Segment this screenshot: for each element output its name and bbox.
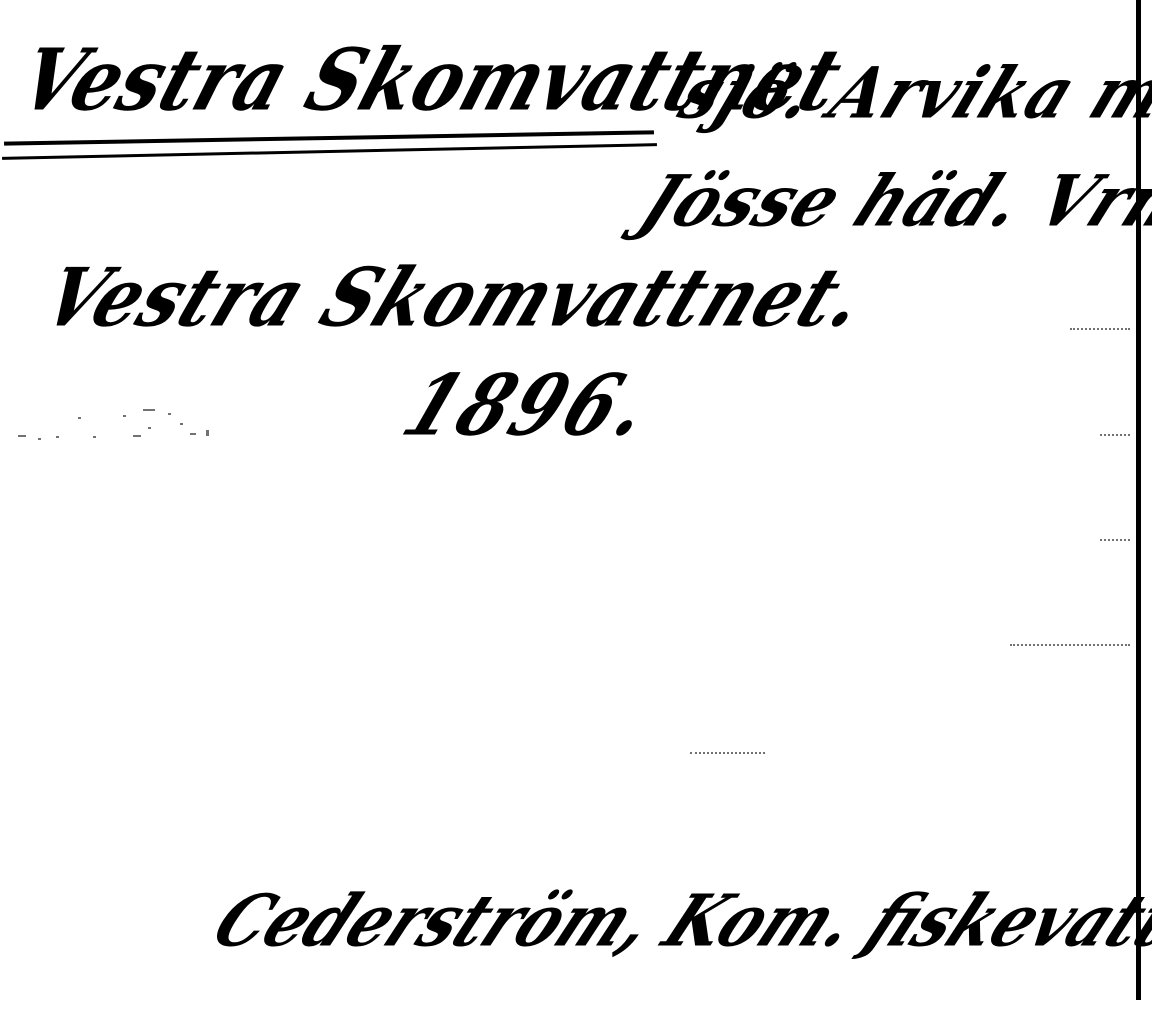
year: 1896. <box>390 355 669 455</box>
heading-suffix: sjö. Arvika m. <box>668 53 1152 136</box>
faded-stamp-remnant <box>8 405 213 445</box>
faint-dot-row <box>1010 644 1130 648</box>
archive-card: Vestra Skomvattnet sjö. Arvika m. Jösse … <box>0 0 1152 1011</box>
lake-name-line: Vestra Skomvattnet. <box>30 250 881 345</box>
heading-underline-lower <box>2 143 657 160</box>
faint-dot-row <box>1070 328 1130 332</box>
faint-dot-row <box>1100 434 1130 438</box>
faint-dot-row <box>690 752 765 756</box>
district-line: Jösse häd. Vrm. <box>628 161 1152 244</box>
heading-underline-upper <box>4 130 654 145</box>
faint-dot-row <box>1100 539 1130 543</box>
card-edge-rule <box>1136 0 1141 1000</box>
signature: Cederström, Kom. fiskevatten. <box>200 879 1152 963</box>
